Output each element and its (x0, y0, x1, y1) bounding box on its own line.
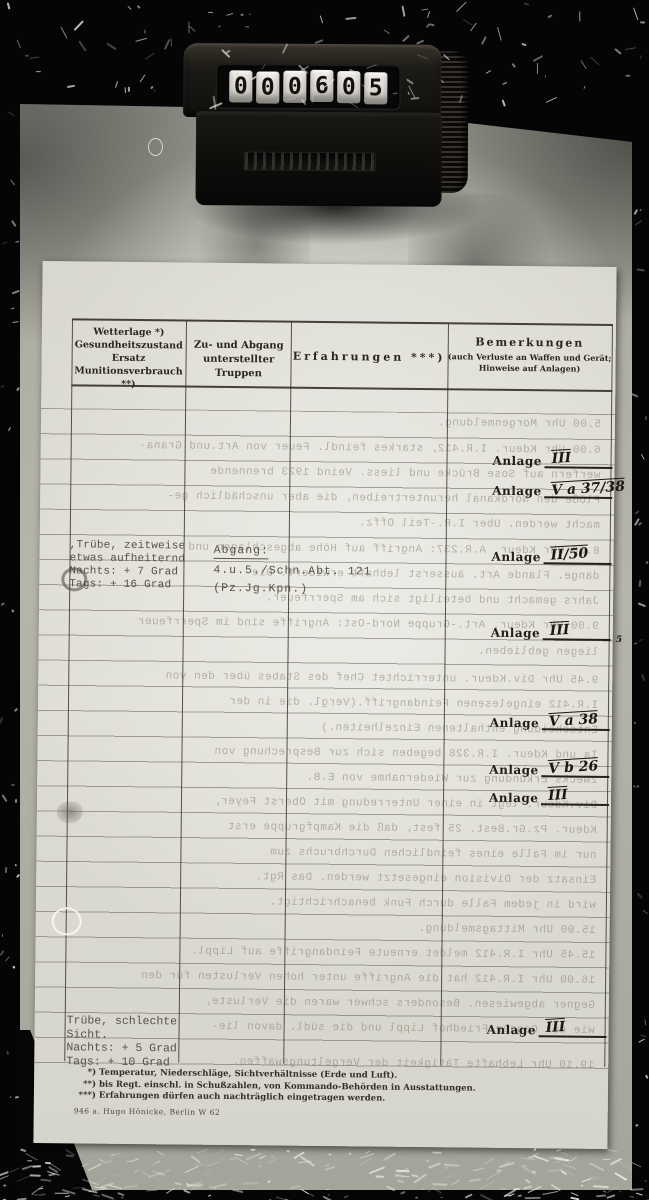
anlage-underline: V a 37/38 (545, 479, 613, 499)
footnote-marker: ***) (68, 1090, 96, 1102)
header-col-experiences: Erfahrungen ***) (292, 350, 447, 365)
weather-entry-2: Trübe, schlechte Sicht. Nachts: + 5 Grad… (66, 1014, 227, 1070)
troops-heading: Abgang: (214, 544, 269, 560)
header-line: Wetterlage *) (72, 325, 186, 339)
entry-line: Tags: + 16 Grad (69, 578, 215, 593)
anlage-underline: V a 38 (542, 711, 610, 731)
anlage-number-handwritten: III (546, 1019, 567, 1036)
footnote-marker: **) (68, 1079, 96, 1091)
counter-digit: 0 (256, 72, 279, 104)
white-ring-mark (52, 907, 82, 935)
counter-digit-window: 0 0 0 6 0 5 (217, 65, 399, 108)
anlage-number-handwritten: III (552, 450, 573, 467)
counter-digit: 6 (310, 70, 333, 102)
anlage-annotation: AnlageIII (492, 449, 613, 469)
film-frame: 0 0 0 6 0 5 5.00 Uhr Morgenmeldung. 6.00… (0, 0, 649, 1200)
weather-entry-1: ,Trübe, zeitweise etwas aufheiternd Nach… (69, 539, 216, 593)
header-line: Gesundheitszustand (72, 338, 186, 352)
anlage-suffix: 5 (616, 635, 622, 645)
anlage-underline: III (541, 786, 609, 806)
counter-lower-body (195, 111, 442, 207)
anlage-number-handwritten: III (548, 787, 569, 804)
counter-digit: 5 (364, 72, 387, 104)
anlage-annotation: AnlageV b 26 (489, 758, 610, 778)
header-line: unterstellter Truppen (187, 353, 289, 382)
entry-line: (Pz.Jg.Kpn.) (213, 582, 433, 597)
header-line: Zu- und Abgang (188, 339, 290, 354)
troops-entry: Abgang: 4.u.5./Schn.Abt. 121 (Pz.Jg.Kpn.… (213, 544, 434, 597)
anlage-stamp-label: Anlage (492, 454, 542, 469)
footnotes: *) Temperatur, Niederschläge, Sichtverhä… (68, 1067, 508, 1106)
header-col-remarks-sub: (auch Verluste an Waffen und Gerät; Hinw… (445, 351, 613, 374)
anlage-stamp-label: Anlage (489, 763, 539, 778)
film-counter-device: 0 0 0 6 0 5 (0, 0, 649, 262)
counter-upper-body: 0 0 0 6 0 5 (183, 43, 442, 119)
anlage-stamp-label: Anlage (491, 550, 541, 565)
anlage-number-handwritten: V b 26 (548, 758, 599, 777)
anlage-number-handwritten: II/50 (551, 545, 590, 563)
anlage-underline: II/50 (544, 545, 612, 565)
counter-digit: 0 (337, 71, 360, 103)
header-line: (auch Verluste an Waffen und Gerät; (446, 351, 614, 363)
counter-digit: 0 (229, 70, 252, 102)
anlage-number-handwritten: III (550, 622, 571, 639)
header-line: Ersatz (72, 351, 186, 365)
anlage-underline: III (539, 1018, 607, 1038)
anlage-stamp-label: Anlage (490, 716, 540, 731)
entry-line: Nachts: + 5 Grad (66, 1041, 226, 1056)
header-line: Munitionsverbrauch **) (71, 364, 185, 391)
anlage-underline: III (545, 449, 613, 469)
anlage-number-handwritten: V a 38 (549, 711, 599, 730)
hole-punch-mark (61, 567, 87, 591)
anlage-annotation: AnlageII/50 (491, 545, 612, 565)
entry-line: Trübe, schlechte (67, 1014, 227, 1029)
anlage-annotation: AnlageIII (487, 1018, 608, 1038)
counter-digit: 0 (283, 71, 306, 103)
header-col-troops: Zu- und Abgang unterstellter Truppen (187, 339, 289, 382)
anlage-stamp-label: Anlage (489, 791, 539, 806)
anlage-annotation: AnlageIII5 (491, 621, 612, 641)
footnote-marker: *) (68, 1067, 96, 1079)
document-page: 5.00 Uhr Morgenmeldung. 6.00 Uhr Kdeur. … (33, 261, 616, 1149)
anlage-underline: III5 (543, 621, 611, 641)
header-col-weather: Wetterlage *) Gesundheitszustand Ersatz … (71, 325, 186, 391)
entry-line: 4.u.5./Schn.Abt. 121 (213, 564, 433, 579)
header-line: Hinweise auf Anlagen) (445, 362, 613, 374)
footnote-text: Erfahrungen dürfen auch nachträglich ein… (99, 1091, 385, 1105)
anlage-underline: V b 26 (542, 758, 610, 778)
table-border-top (72, 318, 613, 325)
anlage-annotation: AnlageIII (489, 786, 610, 806)
header-col-remarks: Bemerkungen (448, 335, 612, 350)
counter-label-slot (244, 151, 376, 171)
anlage-stamp-label: Anlage (487, 1023, 537, 1038)
printer-mark: 946 a. Hugo Hönicke, Berlin W 62 (74, 1106, 221, 1117)
anlage-stamp-label: Anlage (492, 484, 542, 499)
anlage-stamp-label: Anlage (491, 626, 541, 641)
anlage-annotation: AnlageV a 38 (490, 711, 611, 731)
anlage-annotation: AnlageV a 37/38 (492, 479, 613, 499)
